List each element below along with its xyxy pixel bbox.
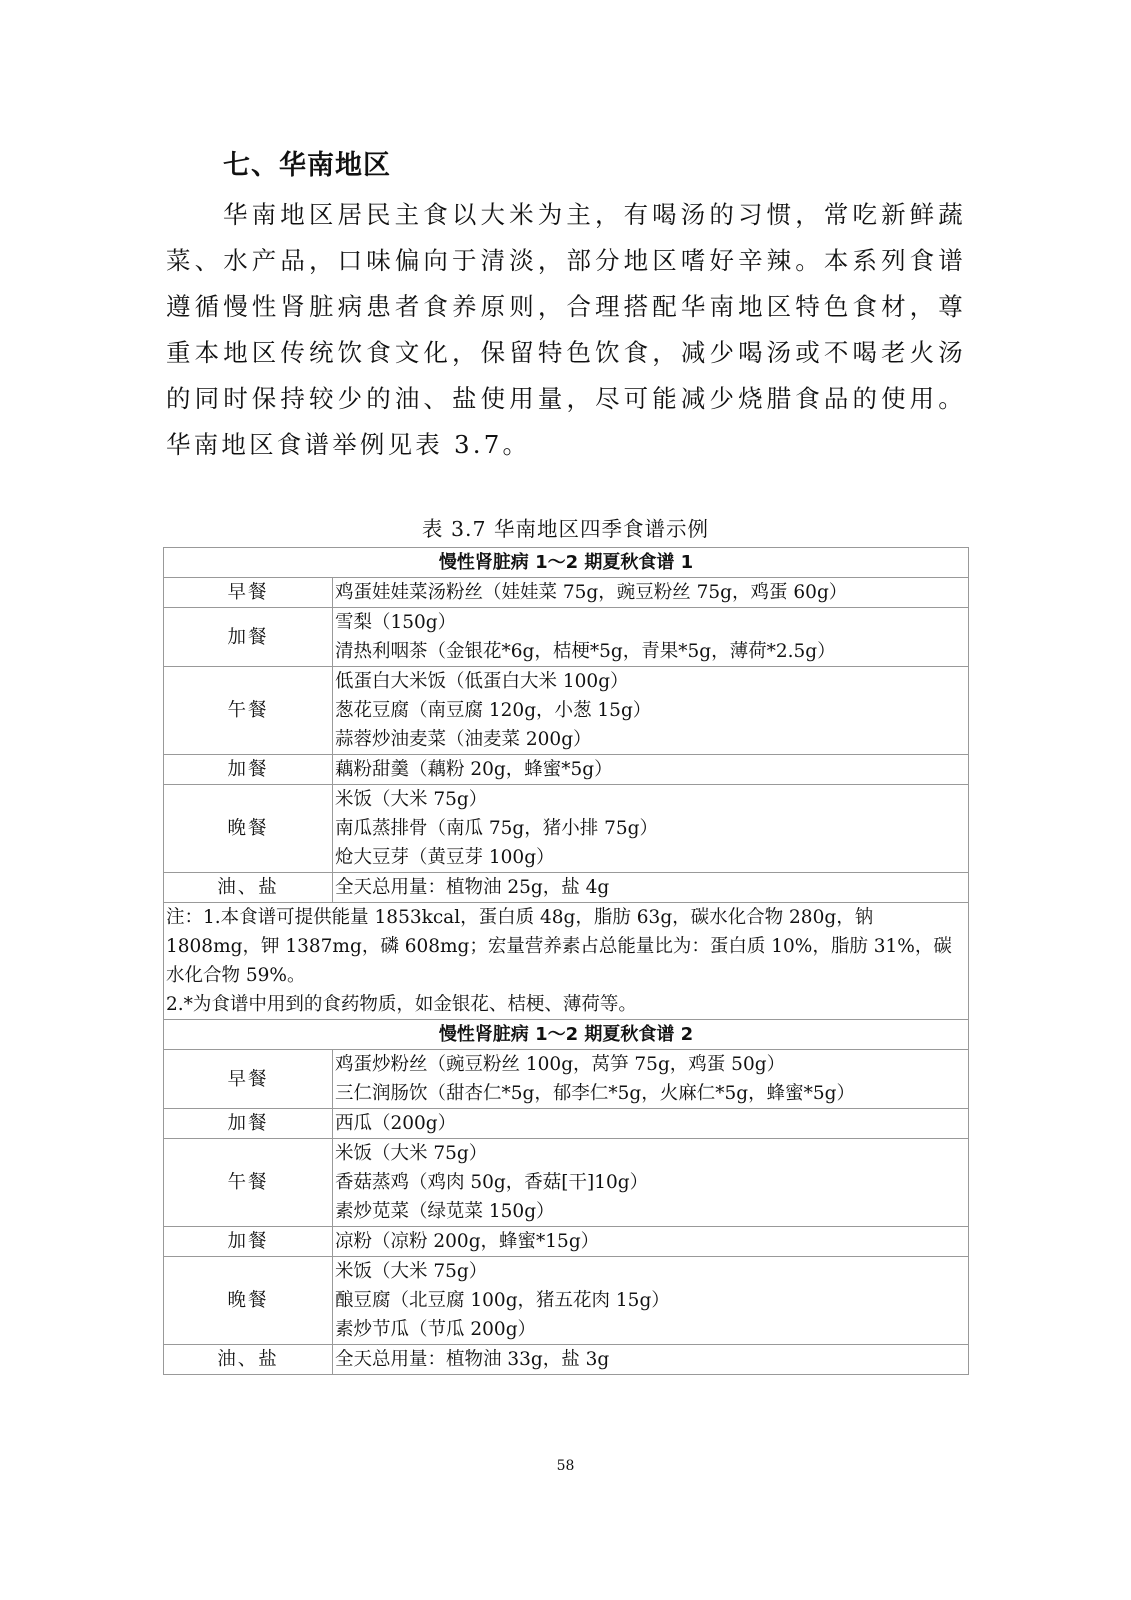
table-row: 加餐凉粉（凉粉 200g，蜂蜜*15g） — [164, 1227, 969, 1257]
dish-item: 素炒节瓜（节瓜 200g） — [335, 1315, 966, 1344]
meal-label: 加餐 — [164, 608, 333, 667]
dish-item: 鸡蛋娃娃菜汤粉丝（娃娃菜 75g，豌豆粉丝 75g，鸡蛋 60g） — [335, 578, 966, 607]
dish-item: 葱花豆腐（南豆腐 120g，小葱 15g） — [335, 696, 966, 725]
meal-label: 早餐 — [164, 1050, 333, 1109]
dish-item: 鸡蛋炒粉丝（豌豆粉丝 100g，莴笋 75g，鸡蛋 50g） — [335, 1050, 966, 1079]
table-row: 油、盐全天总用量：植物油 33g，盐 3g — [164, 1345, 969, 1375]
meal-items: 米饭（大米 75g）香菇蒸鸡（鸡肉 50g，香菇[干]10g）素炒苋菜（绿苋菜 … — [333, 1139, 969, 1227]
dish-item: 凉粉（凉粉 200g，蜂蜜*15g） — [335, 1227, 966, 1256]
dish-item: 素炒苋菜（绿苋菜 150g） — [335, 1197, 966, 1226]
recipe-table: 慢性肾脏病 1～2 期夏秋食谱 1早餐鸡蛋娃娃菜汤粉丝（娃娃菜 75g，豌豆粉丝… — [163, 547, 969, 1375]
meal-items: 雪梨（150g）清热利咽茶（金银花*6g，桔梗*5g，青果*5g，薄荷*2.5g… — [333, 608, 969, 667]
note-text: 注：1.本食谱可提供能量 1853kcal，蛋白质 48g，脂肪 63g，碳水化… — [166, 903, 966, 990]
dish-item: 米饭（大米 75g） — [335, 1139, 966, 1168]
table-caption: 表 3.7 华南地区四季食谱示例 — [0, 512, 1131, 542]
dish-item: 清热利咽茶（金银花*6g，桔梗*5g，青果*5g，薄荷*2.5g） — [335, 637, 966, 666]
table-row: 加餐西瓜（200g） — [164, 1109, 969, 1139]
table-row: 晚餐米饭（大米 75g）酿豆腐（北豆腐 100g，猪五花肉 15g）素炒节瓜（节… — [164, 1257, 969, 1345]
meal-items: 藕粉甜羹（藕粉 20g，蜂蜜*5g） — [333, 755, 969, 785]
table-row: 晚餐米饭（大米 75g）南瓜蒸排骨（南瓜 75g，猪小排 75g）炝大豆芽（黄豆… — [164, 785, 969, 873]
meal-items: 凉粉（凉粉 200g，蜂蜜*15g） — [333, 1227, 969, 1257]
meal-items: 米饭（大米 75g）酿豆腐（北豆腐 100g，猪五花肉 15g）素炒节瓜（节瓜 … — [333, 1257, 969, 1345]
meal-items: 全天总用量：植物油 33g，盐 3g — [333, 1345, 969, 1375]
notes-row: 注：1.本食谱可提供能量 1853kcal，蛋白质 48g，脂肪 63g，碳水化… — [164, 903, 969, 1020]
meal-label: 加餐 — [164, 1109, 333, 1139]
dish-item: 雪梨（150g） — [335, 608, 966, 637]
meal-items: 米饭（大米 75g）南瓜蒸排骨（南瓜 75g，猪小排 75g）炝大豆芽（黄豆芽 … — [333, 785, 969, 873]
menu-title-row: 慢性肾脏病 1～2 期夏秋食谱 2 — [164, 1020, 969, 1050]
dish-item: 酿豆腐（北豆腐 100g，猪五花肉 15g） — [335, 1286, 966, 1315]
dish-item: 香菇蒸鸡（鸡肉 50g，香菇[干]10g） — [335, 1168, 966, 1197]
menu-title-row: 慢性肾脏病 1～2 期夏秋食谱 1 — [164, 548, 969, 578]
meal-label: 早餐 — [164, 578, 333, 608]
dish-item: 三仁润肠饮（甜杏仁*5g，郁李仁*5g，火麻仁*5g，蜂蜜*5g） — [335, 1079, 966, 1108]
meal-items: 鸡蛋娃娃菜汤粉丝（娃娃菜 75g，豌豆粉丝 75g，鸡蛋 60g） — [333, 578, 969, 608]
dish-item: 南瓜蒸排骨（南瓜 75g，猪小排 75g） — [335, 814, 966, 843]
meal-items: 鸡蛋炒粉丝（豌豆粉丝 100g，莴笋 75g，鸡蛋 50g）三仁润肠饮（甜杏仁*… — [333, 1050, 969, 1109]
meal-label: 油、盐 — [164, 1345, 333, 1375]
meal-label: 油、盐 — [164, 873, 333, 903]
dish-item: 炝大豆芽（黄豆芽 100g） — [335, 843, 966, 872]
meal-label: 晚餐 — [164, 1257, 333, 1345]
dish-item: 低蛋白大米饭（低蛋白大米 100g） — [335, 667, 966, 696]
note-text: 2.*为食谱中用到的食药物质，如金银花、桔梗、薄荷等。 — [166, 990, 966, 1019]
dish-item: 全天总用量：植物油 33g，盐 3g — [335, 1345, 966, 1374]
meal-items: 低蛋白大米饭（低蛋白大米 100g）葱花豆腐（南豆腐 120g，小葱 15g）蒜… — [333, 667, 969, 755]
dish-item: 全天总用量：植物油 25g，盐 4g — [335, 873, 966, 902]
dish-item: 西瓜（200g） — [335, 1109, 966, 1138]
table-row: 加餐雪梨（150g）清热利咽茶（金银花*6g，桔梗*5g，青果*5g，薄荷*2.… — [164, 608, 969, 667]
table-row: 油、盐全天总用量：植物油 25g，盐 4g — [164, 873, 969, 903]
meal-items: 西瓜（200g） — [333, 1109, 969, 1139]
table-row: 早餐鸡蛋娃娃菜汤粉丝（娃娃菜 75g，豌豆粉丝 75g，鸡蛋 60g） — [164, 578, 969, 608]
table-row: 午餐米饭（大米 75g）香菇蒸鸡（鸡肉 50g，香菇[干]10g）素炒苋菜（绿苋… — [164, 1139, 969, 1227]
meal-items: 全天总用量：植物油 25g，盐 4g — [333, 873, 969, 903]
table-row: 早餐鸡蛋炒粉丝（豌豆粉丝 100g，莴笋 75g，鸡蛋 50g）三仁润肠饮（甜杏… — [164, 1050, 969, 1109]
meal-label: 加餐 — [164, 755, 333, 785]
dish-item: 米饭（大米 75g） — [335, 1257, 966, 1286]
menu-title: 慢性肾脏病 1～2 期夏秋食谱 1 — [164, 548, 969, 578]
meal-label: 晚餐 — [164, 785, 333, 873]
notes-cell: 注：1.本食谱可提供能量 1853kcal，蛋白质 48g，脂肪 63g，碳水化… — [164, 903, 969, 1020]
meal-label: 午餐 — [164, 667, 333, 755]
dish-item: 蒜蓉炒油麦菜（油麦菜 200g） — [335, 725, 966, 754]
table-row: 加餐藕粉甜羹（藕粉 20g，蜂蜜*5g） — [164, 755, 969, 785]
dish-item: 米饭（大米 75g） — [335, 785, 966, 814]
meal-label: 加餐 — [164, 1227, 333, 1257]
page-number: 58 — [0, 1458, 1131, 1474]
dish-item: 藕粉甜羹（藕粉 20g，蜂蜜*5g） — [335, 755, 966, 784]
menu-title: 慢性肾脏病 1～2 期夏秋食谱 2 — [164, 1020, 969, 1050]
intro-paragraph: 华南地区居民主食以大米为主，有喝汤的习惯，常吃新鲜蔬菜、水产品，口味偏向于清淡，… — [166, 192, 966, 468]
section-heading: 七、华南地区 — [223, 143, 391, 182]
meal-label: 午餐 — [164, 1139, 333, 1227]
table-row: 午餐低蛋白大米饭（低蛋白大米 100g）葱花豆腐（南豆腐 120g，小葱 15g… — [164, 667, 969, 755]
